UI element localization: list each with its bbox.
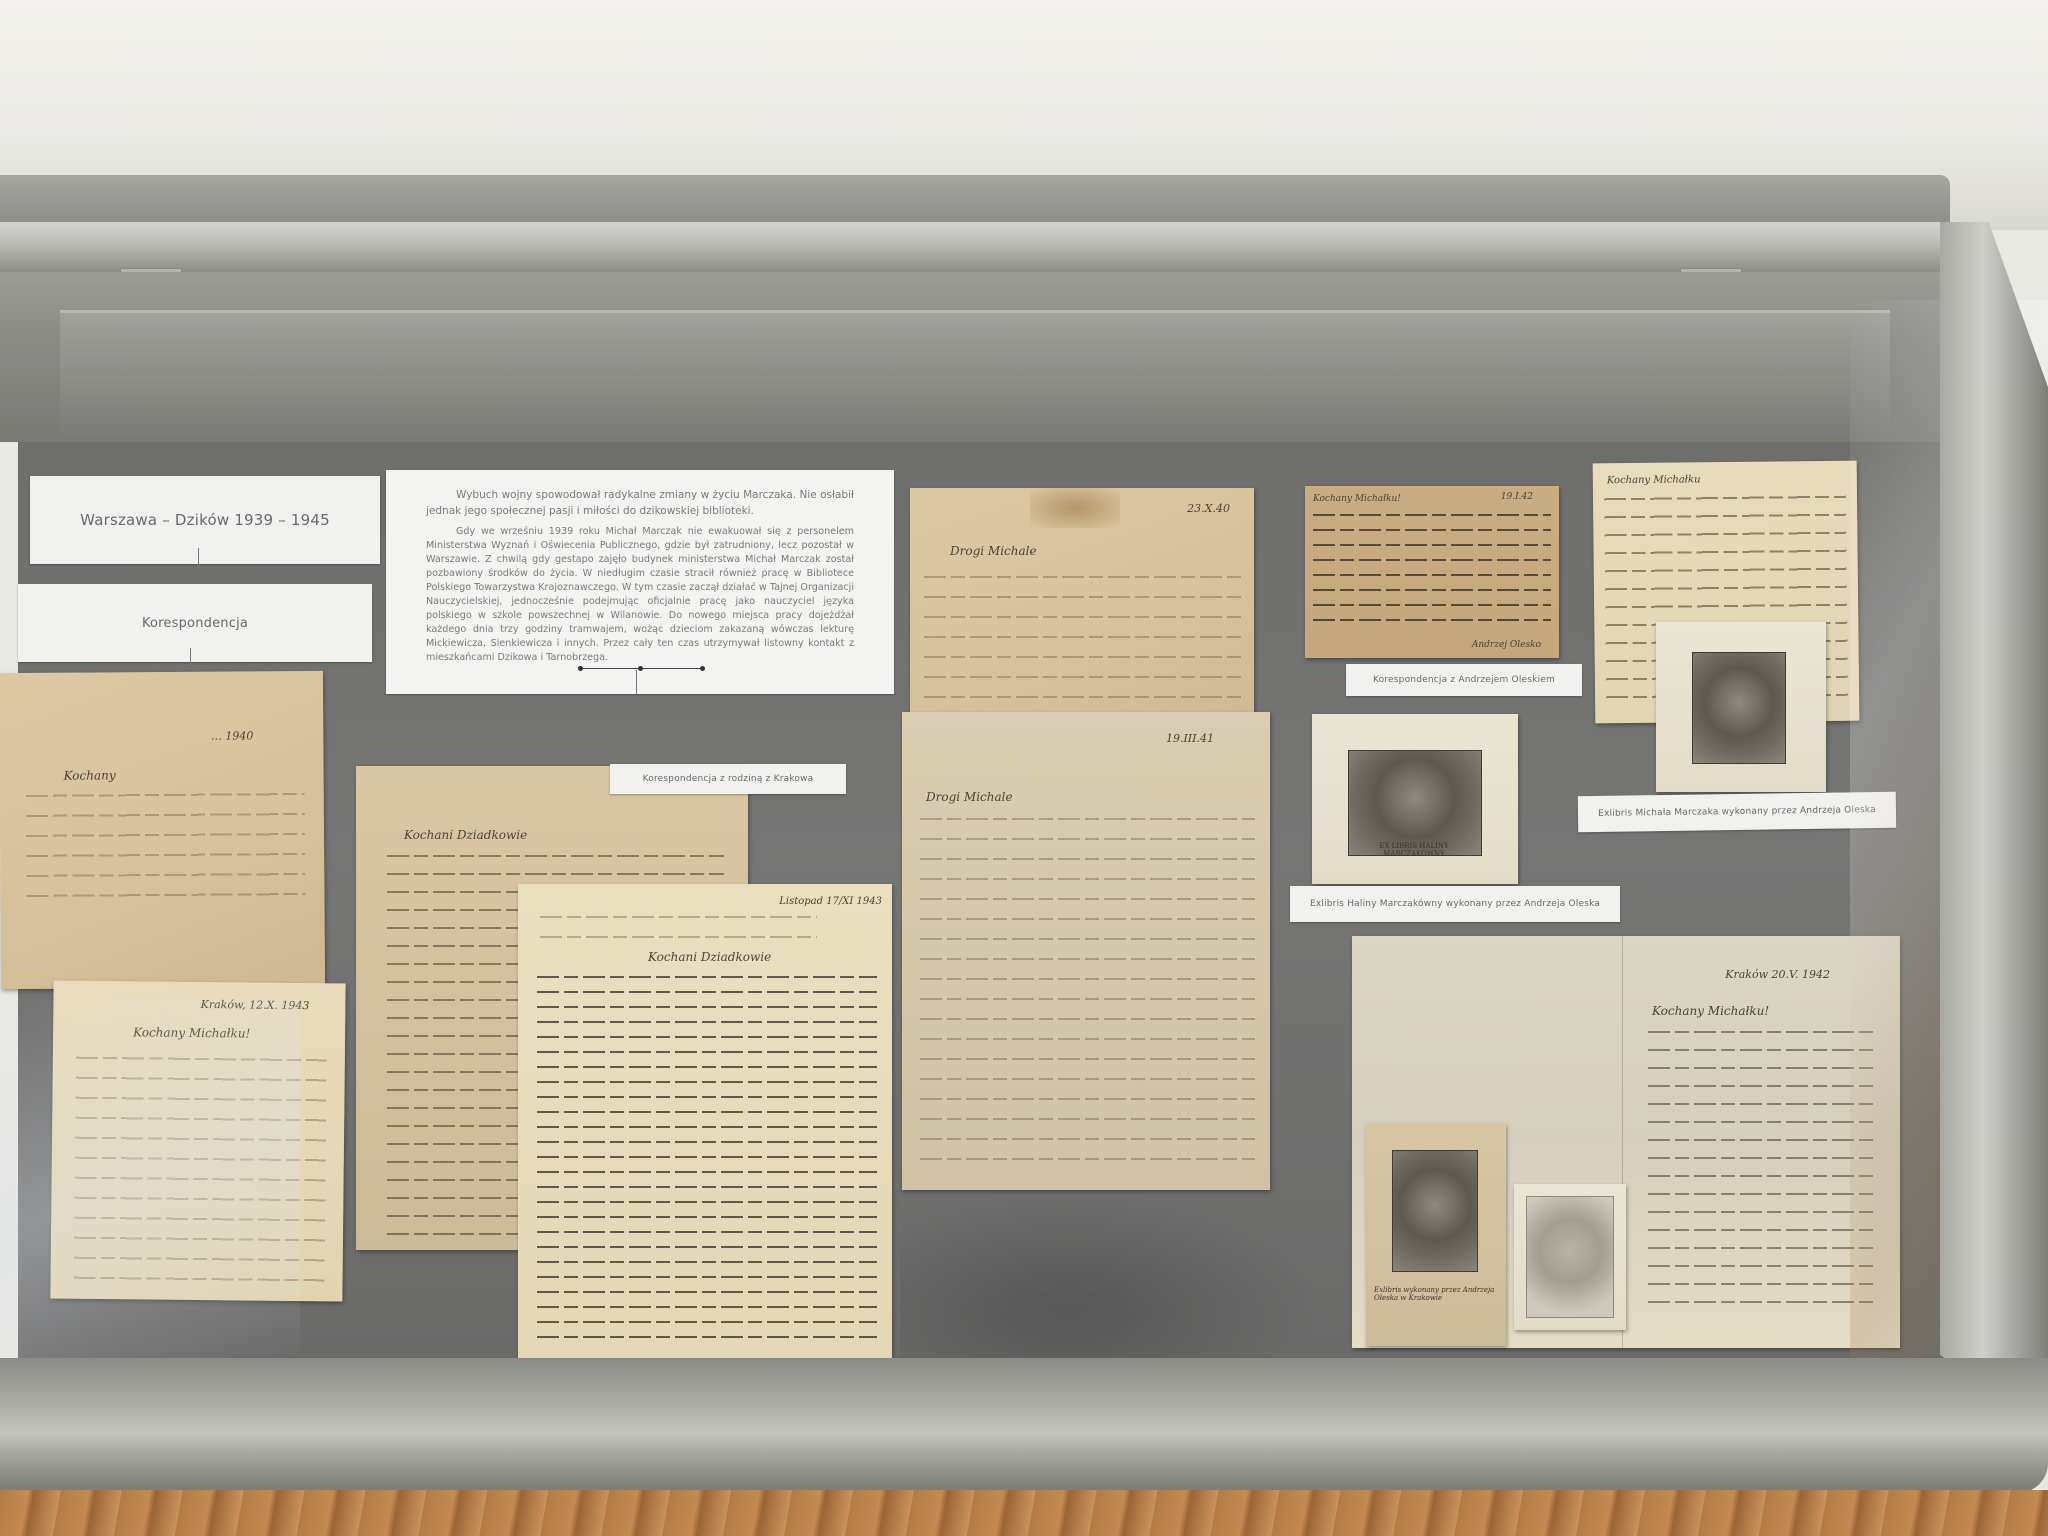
letter-greeting: Kochany Michałku!	[1652, 1004, 1769, 1018]
label-pointer	[190, 648, 191, 668]
handwriting	[1648, 1022, 1878, 1312]
letter-date: Kraków 20.V. 1942	[1725, 968, 1830, 981]
handwriting-postscript	[540, 906, 817, 950]
letter-middle-top: 23.X.40 Drogi Michale	[910, 488, 1254, 736]
label-text: Korespondencja z Andrzejem Oleskiem	[1373, 675, 1555, 685]
glass-glare	[0, 1000, 300, 1360]
letter-greeting: Kochany Michałku!	[1313, 494, 1401, 504]
section-subtitle-text: Korespondencja	[142, 616, 248, 631]
engraving-print	[1692, 652, 1786, 764]
label-exlibris-michal: Exlibris Michała Marczaka wykonany przez…	[1578, 792, 1896, 832]
letter-left-top: … 1940 Kochany	[0, 671, 325, 989]
exlibris-caption: EX LIBRIS HALINY MARCZAKÓWNY	[1348, 842, 1480, 858]
letter-greeting: Kochani Dziadkowie	[648, 950, 771, 964]
handwriting	[920, 808, 1255, 1178]
handwriting	[1313, 506, 1552, 632]
handwriting	[537, 968, 877, 1348]
arrow-dot-mid	[638, 666, 643, 671]
handwriting	[924, 566, 1244, 736]
letter-signature: Andrzej Olesko	[1472, 640, 1541, 650]
letter-greeting: Drogi Michale	[950, 544, 1037, 558]
section-title-text: Warszawa – Dzików 1939 – 1945	[80, 511, 330, 529]
case-frame-top	[0, 222, 1990, 272]
case-lid-shadow	[0, 175, 1950, 225]
section-subtitle-label: Korespondencja	[18, 584, 372, 662]
letter-date: 19.I.42	[1501, 492, 1533, 502]
letter-greeting: Kochany	[64, 768, 116, 782]
handwriting	[26, 783, 306, 915]
exlibris-michal	[1656, 622, 1826, 792]
label-pointer	[636, 670, 637, 694]
label-pointer	[198, 548, 199, 568]
info-paragraph-2: Gdy we wrześniu 1939 roku Michał Marczak…	[426, 525, 854, 665]
case-front-rail	[0, 1358, 2048, 1493]
engraving-print	[1526, 1196, 1614, 1318]
engraving-print	[1392, 1150, 1478, 1272]
letter-date: 23.X.40	[1187, 502, 1230, 515]
letter-date: … 1940	[211, 729, 254, 742]
water-stain	[1030, 488, 1120, 528]
postcard-oleszko: 19.I.42 Kochany Michałku! Andrzej Olesko	[1305, 486, 1559, 658]
label-text: Exlibris Michała Marczaka wykonany przez…	[1598, 805, 1876, 819]
exlibris-bottom-2	[1514, 1184, 1626, 1330]
letter-date: 19.III.41	[1166, 732, 1214, 745]
label-exlibris-halina: Exlibris Haliny Marczakówny wykonany prz…	[1290, 886, 1620, 922]
section-title-label: Warszawa – Dzików 1939 – 1945	[30, 476, 380, 564]
case-frame-right	[1940, 222, 2048, 1402]
arrow-dot-left	[578, 666, 583, 671]
letter-greeting: Drogi Michale	[926, 790, 1013, 804]
letter-greeting: Kochany Michałku	[1607, 474, 1701, 486]
parquet-floor	[0, 1490, 2048, 1536]
label-text: Exlibris Haliny Marczakówny wykonany prz…	[1310, 899, 1600, 909]
exlibris-bottom-1: Exlibris wykonany przez Andrzeja Oleska …	[1366, 1124, 1506, 1346]
arrow-dot-right	[700, 666, 705, 671]
letter-greeting: Kochani Dziadkowie	[404, 828, 527, 842]
case-glass-reflection	[60, 310, 1890, 443]
exlibris-halina: EX LIBRIS HALINY MARCZAKÓWNY	[1312, 714, 1518, 884]
info-text-panel: Wybuch wojny spowodował radykalne zmiany…	[386, 470, 894, 694]
exlibris-caption: Exlibris wykonany przez Andrzeja Oleska …	[1374, 1286, 1498, 1302]
letter-center-front: Listopad 17/XI 1943 Kochani Dziadkowie	[518, 884, 892, 1372]
photographer-reflection	[900, 1190, 1320, 1360]
letter-middle-bottom: 19.III.41 Drogi Michale	[902, 712, 1270, 1190]
label-oleszko-correspondence: Korespondencja z Andrzejem Oleskiem	[1346, 664, 1582, 696]
engraving-print	[1348, 750, 1482, 856]
label-text: Korespondencja z rodziną z Krakowa	[643, 774, 814, 784]
info-paragraph-1: Wybuch wojny spowodował radykalne zmiany…	[426, 488, 854, 519]
label-family-krakow: Korespondencja z rodziną z Krakowa	[610, 764, 846, 794]
